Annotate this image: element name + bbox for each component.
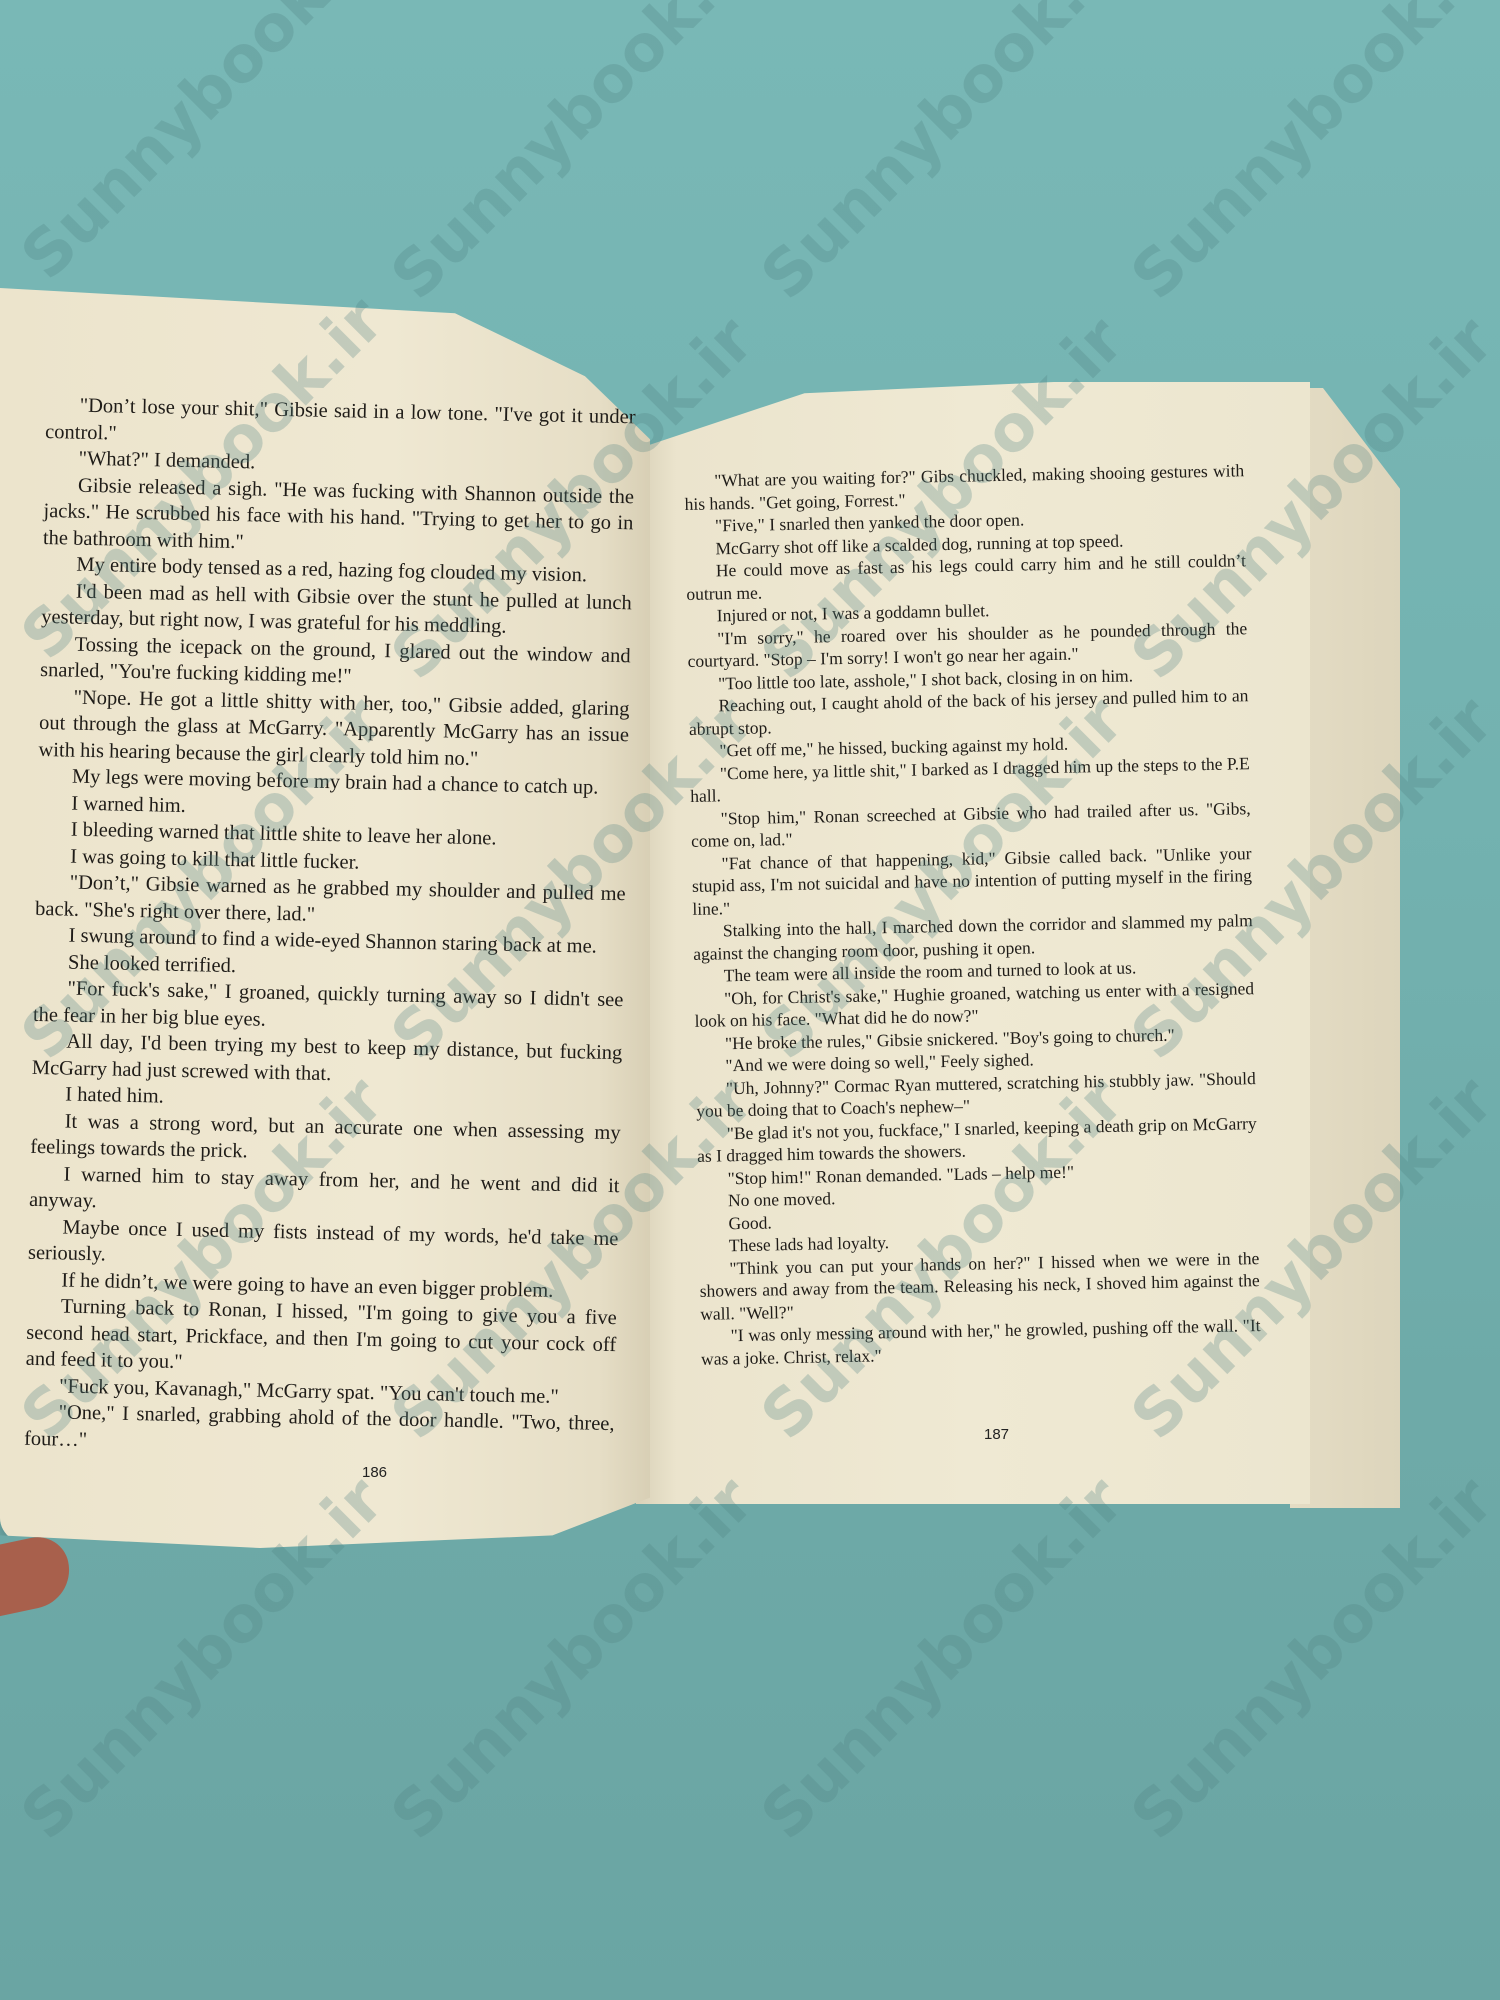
page-number-left: 186	[362, 1464, 387, 1481]
right-page-text: "What are you waiting for?" Gibs chuckle…	[684, 459, 1261, 1370]
hand-thumb	[0, 1531, 76, 1618]
left-page-text: "Don’t lose your shit," Gibsie said in a…	[24, 392, 636, 1464]
paragraph: "Think you can put your hands on her?" I…	[699, 1247, 1260, 1325]
paragraph: "Nope. He got a little shitty with her, …	[38, 683, 630, 775]
page-number-right: 187	[984, 1426, 1009, 1443]
open-book: "Don’t lose your shit," Gibsie said in a…	[0, 0, 1500, 2000]
paragraph: Gibsie released a sigh. "He was fucking …	[43, 471, 635, 563]
paragraph: "Fat chance of that happening, kid," Gib…	[691, 842, 1252, 920]
paragraph: Turning back to Ronan, I hissed, "I'm go…	[25, 1293, 617, 1385]
